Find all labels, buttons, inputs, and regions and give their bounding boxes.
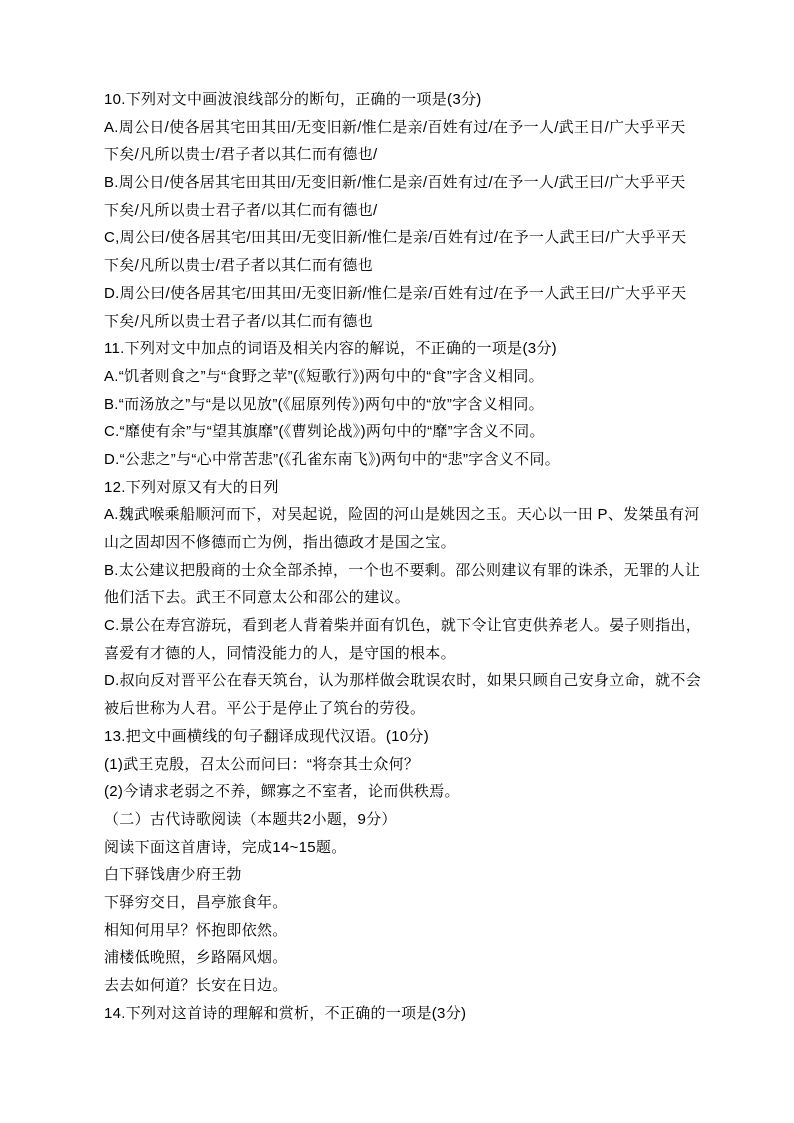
q12-option-b-line-1: B.太公建议把殷商的士众全部杀掉，一个也不要剩。邵公则建议有罪的诛杀，无罪的人让 — [104, 557, 704, 585]
question-14: 14.下列对这首诗的理解和赏析，不正确的一项是(3分) — [104, 1000, 704, 1028]
q12-option-c-line-2: 喜爱有才德的人，同情没能力的人，是守国的根本。 — [104, 640, 704, 668]
q13-stem: 13.把文中画横线的句子翻译成现代汉语。(10分) — [104, 723, 704, 751]
q12-stem: 12.下列对原又有大的日列 — [104, 474, 704, 502]
q11-option-b: B.“而汤放之”与“是以见放”(《屈原列传》)两句中的“放”字含义相同。 — [104, 391, 704, 419]
q11-stem: 11.下列对文中加点的词语及相关内容的解说，不正确的一项是(3分) — [104, 335, 704, 363]
q12-option-a-line-1: A.魏武喉乘船顺河而下，对吴起说，险固的河山是姚因之玉。天心以一田 P、发桀虽有… — [104, 501, 704, 529]
question-11: 11.下列对文中加点的词语及相关内容的解说，不正确的一项是(3分) A.“饥者则… — [104, 335, 704, 473]
question-12: 12.下列对原又有大的日列 A.魏武喉乘船顺河而下，对吴起说，险固的河山是姚因之… — [104, 474, 704, 723]
poetry-reading-section: （二）古代诗歌阅读（本题共2小题，9分） 阅读下面这首唐诗，完成14~15题。 … — [104, 806, 704, 1000]
poem-line-3: 浦楼低晚照，乡路隔风烟。 — [104, 944, 704, 972]
section-instruction: 阅读下面这首唐诗，完成14~15题。 — [104, 834, 704, 862]
q13-part-1: (1)武王克殷，召太公而问曰：“将奈其士众何？ — [104, 751, 704, 779]
q12-option-d-line-1: D.叔向反对晋平公在春天筑台，认为那样做会耽误农时，如果只顾自己安身立命，就不会 — [104, 667, 704, 695]
q10-option-a-line-2: 下矣/凡所以贵士/君子者以其仁而有德也/ — [104, 141, 704, 169]
q10-option-b-line-2: 下矣/凡所以贵士君子者/以其仁而有德也/ — [104, 197, 704, 225]
exam-text-block: 10.下列对文中画波浪线部分的断句，正确的一项是(3分) A.周公日/使各居其宅… — [104, 86, 704, 1027]
q10-option-b-line-1: B.周公日/使各居其宅田其田/无变旧新/惟仁是亲/百姓有过/在予一人/武王曰/广… — [104, 169, 704, 197]
q12-option-c-line-1: C.景公在寿宫游玩，看到老人背着柴并面有饥色，就下令让官吏供养老人。晏子则指出， — [104, 612, 704, 640]
q12-option-b-line-2: 他们活下去。武王不同意太公和邵公的建议。 — [104, 584, 704, 612]
q12-option-a-line-2: 山之固却因不修德而亡为例，指出德政才是国之宝。 — [104, 529, 704, 557]
question-10: 10.下列对文中画波浪线部分的断句，正确的一项是(3分) A.周公日/使各居其宅… — [104, 86, 704, 335]
exam-page: 10.下列对文中画波浪线部分的断句，正确的一项是(3分) A.周公日/使各居其宅… — [0, 0, 794, 1123]
q10-stem: 10.下列对文中画波浪线部分的断句，正确的一项是(3分) — [104, 86, 704, 114]
q11-option-c: C.“靡使有余”与“望其旗靡”(《曹刿论战》)两句中的“靡”字含义不同。 — [104, 418, 704, 446]
q14-stem: 14.下列对这首诗的理解和赏析，不正确的一项是(3分) — [104, 1000, 704, 1028]
poem-title-author: 白下驿饯唐少府王勃 — [104, 861, 704, 889]
q10-option-c-line-1: C,周公曰/使各居其宅/田其田/无变旧新/惟仁是亲/百姓有过/在予一人武王曰/广… — [104, 224, 704, 252]
section-heading: （二）古代诗歌阅读（本题共2小题，9分） — [104, 806, 704, 834]
poem-line-1: 下驿穷交日，昌亭旅食年。 — [104, 889, 704, 917]
q10-option-d-line-2: 下矣/凡所以贵士君子者/以其仁而有德也 — [104, 308, 704, 336]
poem-line-4: 去去如何道？长安在日边。 — [104, 972, 704, 1000]
q11-option-a: A.“饥者则食之”与“食野之苹”(《短歌行》)两句中的“食”字含义相同。 — [104, 363, 704, 391]
q13-part-2: (2)今请求老弱之不养，鳏寡之不室者，论而供秩焉。 — [104, 778, 704, 806]
question-13: 13.把文中画横线的句子翻译成现代汉语。(10分) (1)武王克殷，召太公而问曰… — [104, 723, 704, 806]
q10-option-d-line-1: D.周公曰/使各居其宅/田其田/无变旧新/惟仁是亲/百姓有过/在予一人武王曰/广… — [104, 280, 704, 308]
q10-option-a-line-1: A.周公日/使各居其宅田其田/无变旧新/惟仁是亲/百姓有过/在予一人/武王日/广… — [104, 114, 704, 142]
q10-option-c-line-2: 下矣/凡所以贵士/君子者以其仁而有德也 — [104, 252, 704, 280]
poem-line-2: 相知何用早？怀抱即依然。 — [104, 917, 704, 945]
q12-option-d-line-2: 被后世称为人君。平公于是停止了筑台的劳役。 — [104, 695, 704, 723]
q11-option-d: D.“公悲之”与“心中常苦悲”(《孔雀东南飞》)两句中的“悲”字含义不同。 — [104, 446, 704, 474]
